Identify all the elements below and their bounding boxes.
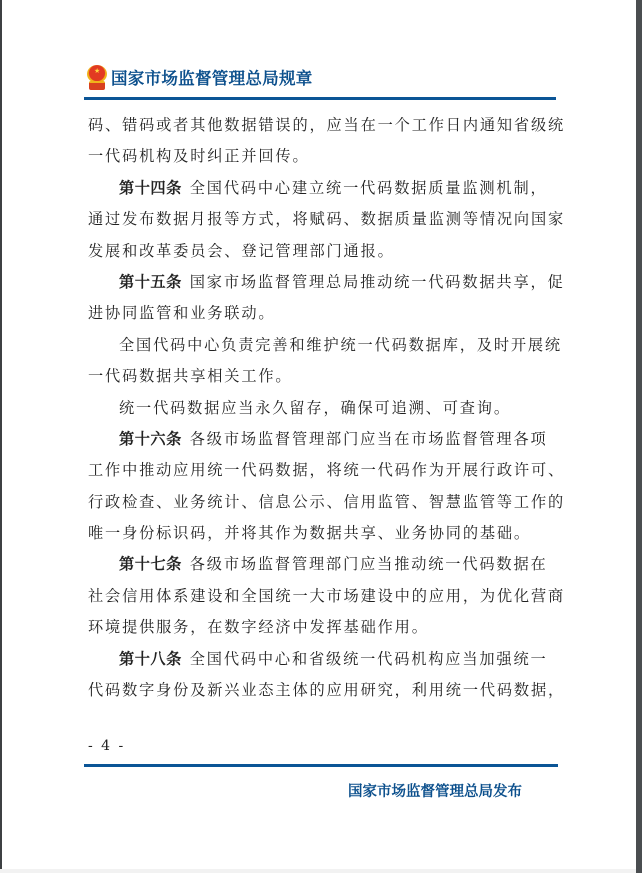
- national-emblem-icon: ★: [86, 65, 108, 89]
- text-line: 唯一身份标识码，并将其作为数据共享、业务协同的基础。: [88, 518, 558, 549]
- document-body: 码、错码或者其他数据错误的，应当在一个工作日内通知省级统 一代码机构及时纠正并回…: [88, 110, 558, 706]
- footer-divider: [84, 764, 558, 767]
- text-line: 一代码机构及时纠正并回传。: [88, 141, 558, 172]
- article-label: 第十八条: [119, 650, 182, 668]
- header-title: 国家市场监督管理总局规章: [111, 65, 313, 89]
- text-line: 进协同监管和业务联动。: [88, 298, 558, 329]
- article-17: 第十七条各级市场监督管理部门应当推动统一代码数据在: [88, 549, 558, 580]
- viewer-scrollbar[interactable]: [636, 0, 642, 873]
- text-line: 通过发布数据月报等方式，将赋码、数据质量监测等情况向国家: [88, 204, 558, 235]
- text-line: 代码数字身份及新兴业态主体的应用研究，利用统一代码数据，: [88, 675, 558, 706]
- article-16: 第十六条各级市场监督管理部门应当在市场监督管理各项: [88, 424, 558, 455]
- page-number: - 4 -: [88, 738, 125, 754]
- text-line: 一代码数据共享相关工作。: [88, 361, 558, 392]
- text-line: 码、错码或者其他数据错误的，应当在一个工作日内通知省级统: [88, 110, 558, 141]
- page-header: ★ 国家市场监督管理总局规章: [86, 62, 313, 92]
- footer-publisher: 国家市场监督管理总局发布: [348, 780, 522, 801]
- article-label: 第十七条: [119, 555, 182, 573]
- text-line: 行政检查、业务统计、信息公示、信用监管、智慧监管等工作的: [88, 487, 558, 518]
- article-15: 第十五条国家市场监督管理总局推动统一代码数据共享，促: [88, 267, 558, 298]
- text-line: 环境提供服务，在数字经济中发挥基础作用。: [88, 612, 558, 643]
- header-divider: [84, 97, 556, 100]
- article-label: 第十六条: [119, 430, 182, 448]
- text-line: 发展和改革委员会、登记管理部门通报。: [88, 236, 558, 267]
- article-label: 第十四条: [119, 179, 182, 197]
- article-14: 第十四条全国代码中心建立统一代码数据质量监测机制，: [88, 173, 558, 204]
- paragraph-line: 统一代码数据应当永久留存，确保可追溯、可查询。: [88, 393, 558, 424]
- paragraph-line: 全国代码中心负责完善和维护统一代码数据库，及时开展统: [88, 330, 558, 361]
- article-18: 第十八条全国代码中心和省级统一代码机构应当加强统一: [88, 644, 558, 675]
- text-line: 工作中推动应用统一代码数据，将统一代码作为开展行政许可、: [88, 455, 558, 486]
- article-label: 第十五条: [119, 273, 182, 291]
- text-line: 社会信用体系建设和全国统一大市场建设中的应用，为优化营商: [88, 581, 558, 612]
